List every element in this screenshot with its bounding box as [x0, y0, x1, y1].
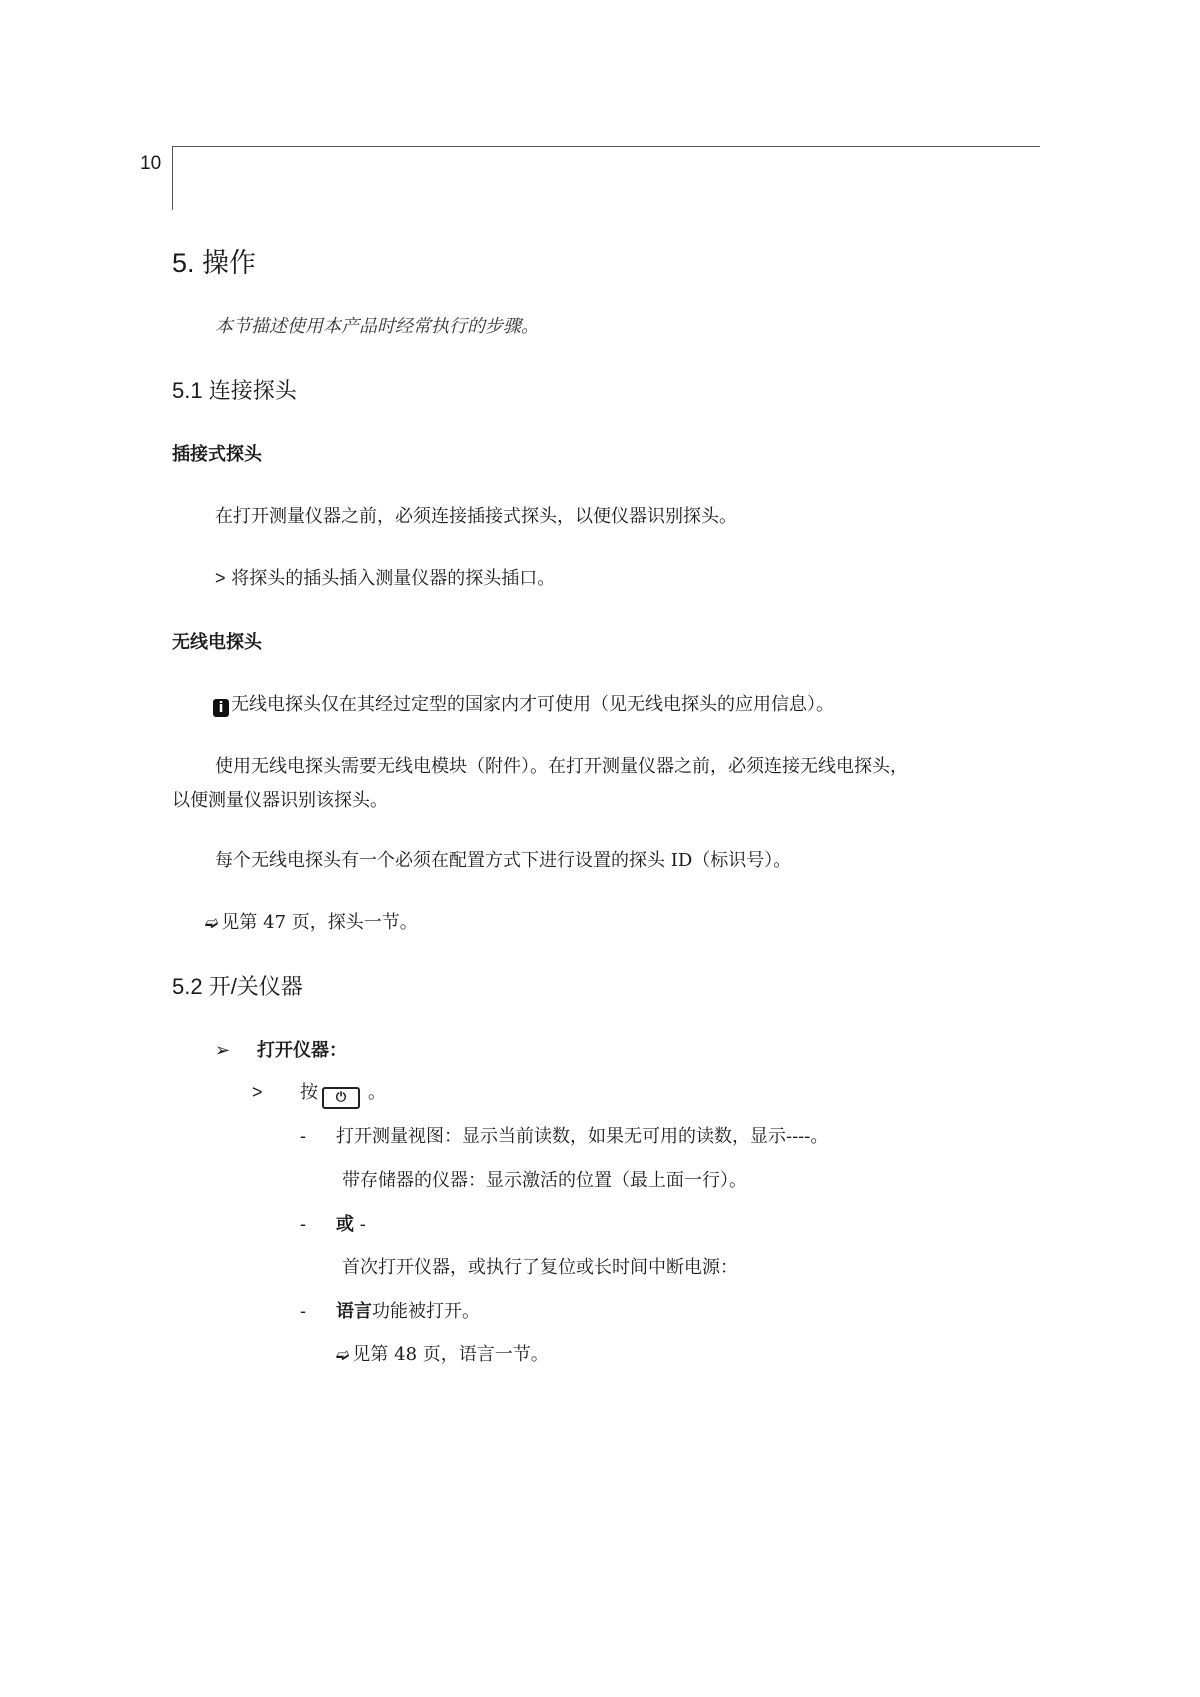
step-suffix: 。 — [368, 1082, 386, 1103]
wireless-note: i无线电探头仅在其经过定型的国家内才可使用（见无线电探头的应用信息）。 — [213, 690, 834, 717]
wireless-paragraph-1-line-1: 使用无线电探头需要无线电模块（附件）。在打开测量仪器之前，必须连接无线电探头， — [215, 752, 908, 778]
plugin-probe-heading: 插接式探头 — [172, 440, 262, 466]
result-3: -语言功能被打开。 — [300, 1297, 480, 1323]
result-text: 功能被打开。 — [372, 1301, 480, 1322]
task-switch-on: ➢打开仪器： — [215, 1036, 347, 1062]
chapter-title: 5. 操作 — [172, 241, 256, 280]
plugin-probe-paragraph: 在打开测量仪器之前，必须连接插接式探头，以便仪器识别探头。 — [215, 502, 737, 528]
wireless-paragraph-1-line-2: 以便测量仪器识别该探头。 — [172, 786, 388, 812]
pointing-hand-icon: ➫ — [205, 913, 218, 932]
task-title: 打开仪器： — [257, 1040, 347, 1061]
power-button-icon[interactable]: ⏻ — [322, 1087, 360, 1109]
task-marker-arrow-icon: ➢ — [215, 1040, 257, 1061]
or-separator: -或 - — [300, 1210, 366, 1236]
wireless-paragraph-2: 每个无线电探头有一个必须在配置方式下进行设置的探头 ID（标识号）。 — [215, 846, 791, 872]
page-number: 10 — [140, 153, 161, 175]
header-rule-vertical — [172, 146, 173, 210]
wireless-probe-heading: 无线电探头 — [172, 628, 262, 654]
info-icon: i — [213, 699, 229, 717]
step-marker: > — [252, 1082, 300, 1103]
note-text: 无线电探头仅在其经过定型的国家内才可使用（见无线电探头的应用信息）。 — [231, 694, 834, 715]
or-label: 或 — [336, 1214, 354, 1235]
dash: - — [300, 1126, 336, 1147]
ref-text: 见第 48 页，语言一节。 — [352, 1344, 548, 1365]
dash: - — [300, 1301, 336, 1322]
section-5-2-title: 5.2 开/关仪器 — [172, 970, 303, 1001]
result-1: -打开测量视图：显示当前读数，如果无可用的读数，显示----。 — [300, 1122, 828, 1148]
chapter-intro: 本节描述使用本产品时经常执行的步骤。 — [215, 312, 539, 338]
dash: - — [300, 1214, 336, 1235]
section-5-1-title: 5.1 连接探头 — [172, 374, 297, 405]
or-suffix: - — [354, 1214, 366, 1235]
step-text: 将探头的插头插入测量仪器的探头插口。 — [231, 568, 555, 589]
step-prefix: 按 — [300, 1082, 318, 1103]
result-1-sub: 带存储器的仪器：显示激活的位置（最上面一行）。 — [342, 1166, 747, 1192]
wireless-cross-reference[interactable]: ➫见第 47 页，探头一节。 — [205, 908, 418, 934]
language-cross-reference[interactable]: ➫见第 48 页，语言一节。 — [336, 1340, 549, 1366]
header-rule-horizontal — [172, 146, 1040, 147]
ref-text: 见第 47 页，探头一节。 — [221, 912, 417, 933]
pointing-hand-icon: ➫ — [336, 1345, 349, 1364]
step-press-power: >按⏻。 — [252, 1078, 386, 1109]
step-marker: > — [215, 568, 226, 588]
result-2-sub: 首次打开仪器，或执行了复位或长时间中断电源： — [342, 1253, 738, 1279]
language-label: 语言 — [336, 1301, 372, 1322]
result-text: 打开测量视图：显示当前读数，如果无可用的读数，显示----。 — [336, 1126, 828, 1147]
plugin-probe-step: > 将探头的插头插入测量仪器的探头插口。 — [215, 564, 555, 590]
